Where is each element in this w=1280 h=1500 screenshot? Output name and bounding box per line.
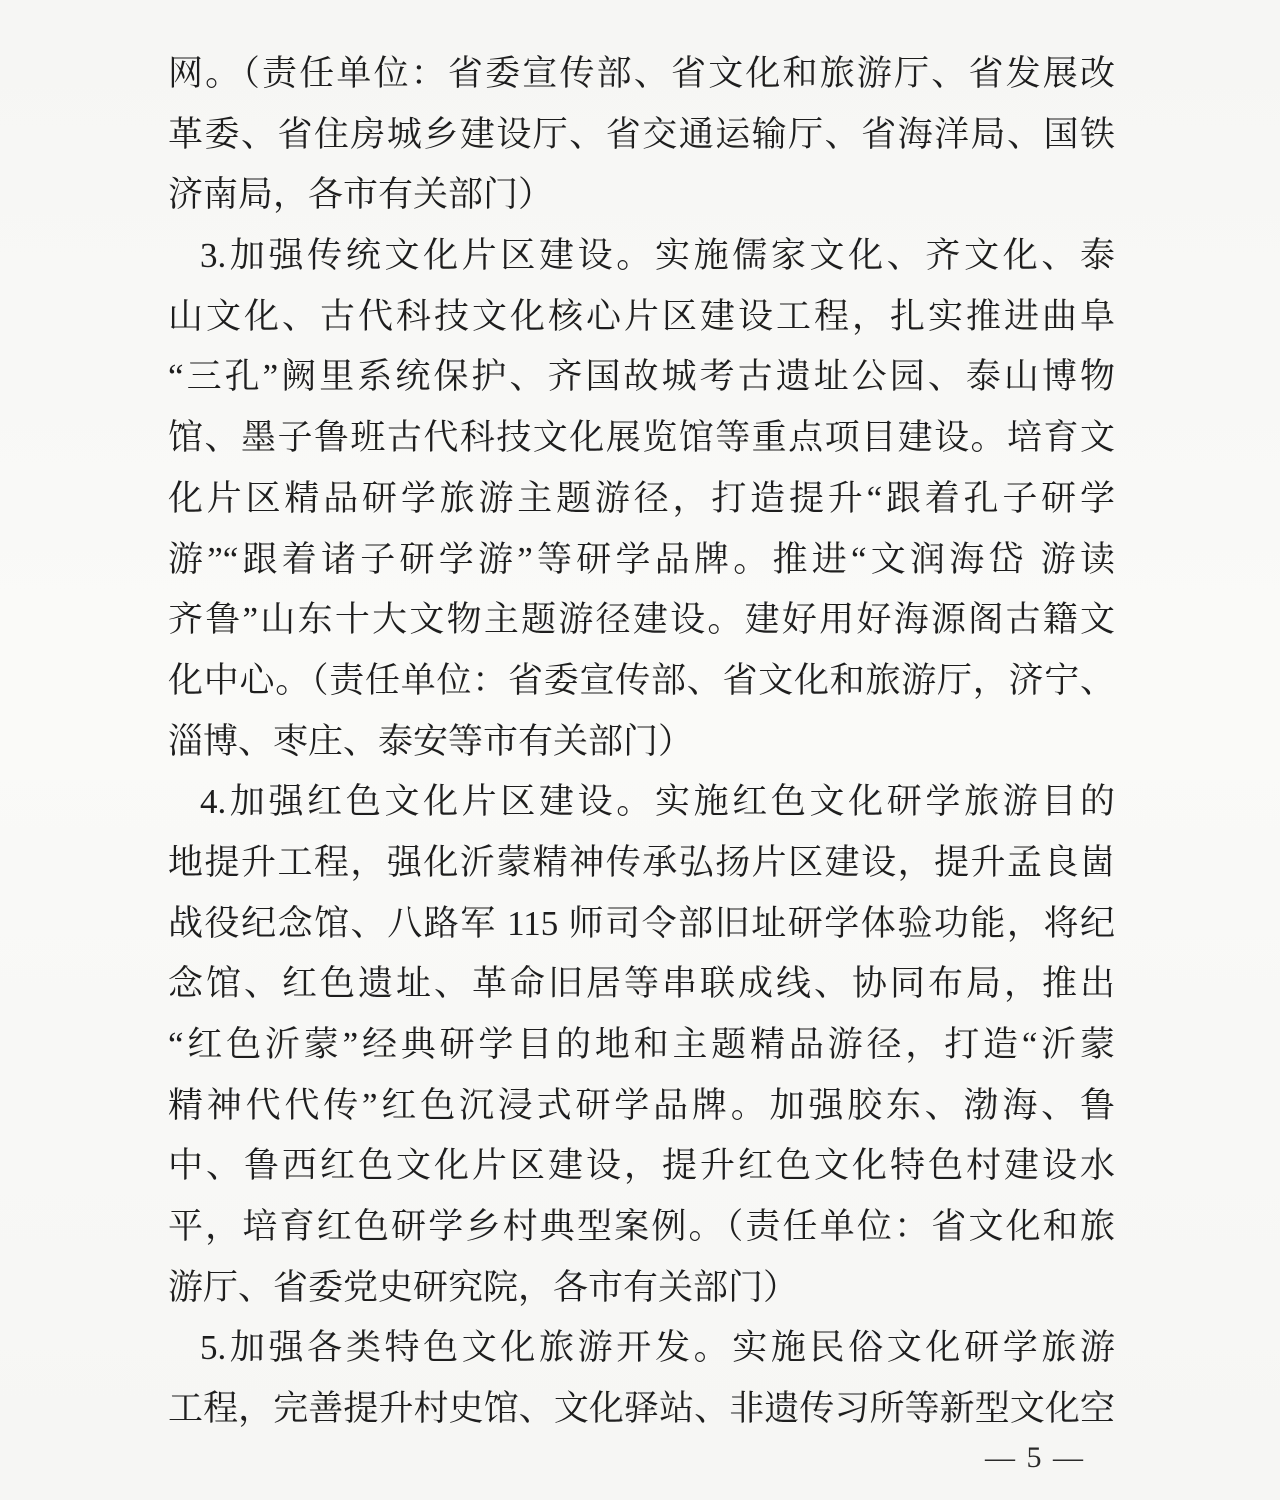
text-line: 济南局，各市有关部门） xyxy=(168,165,1115,226)
text-line: 精神代代传”红色沉浸式研学品牌。加强胶东、渤海、鲁 xyxy=(168,1076,1115,1137)
document-body: 网。（责任单位：省委宣传部、省文化和旅游厅、省发展改革委、省住房城乡建设厅、省交… xyxy=(168,44,1115,1440)
text-line: 游厅、省委党史研究院，各市有关部门） xyxy=(168,1258,1115,1319)
text-line: 战役纪念馆、八路军 115 师司令部旧址研学体验功能，将纪 xyxy=(168,894,1115,955)
text-line: 化中心。（责任单位：省委宣传部、省文化和旅游厅，济宁、 xyxy=(168,651,1115,712)
page-number: — 5 — xyxy=(985,1441,1185,1475)
text-line: “三孔”阙里系统保护、齐国故城考古遗址公园、泰山博物 xyxy=(168,347,1115,408)
text-line: 4.加强红色文化片区建设。实施红色文化研学旅游目的 xyxy=(168,772,1115,833)
text-line: 革委、省住房城乡建设厅、省交通运输厅、省海洋局、国铁 xyxy=(168,105,1115,166)
text-line: 化片区精品研学旅游主题游径，打造提升“跟着孔子研学 xyxy=(168,469,1115,530)
text-line: 馆、墨子鲁班古代科技文化展览馆等重点项目建设。培育文 xyxy=(168,408,1115,469)
text-line: 山文化、古代科技文化核心片区建设工程，扎实推进曲阜 xyxy=(168,287,1115,348)
text-line: 念馆、红色遗址、革命旧居等串联成线、协同布局，推出 xyxy=(168,954,1115,1015)
text-line: 地提升工程，强化沂蒙精神传承弘扬片区建设，提升孟良崮 xyxy=(168,833,1115,894)
text-line: 平，培育红色研学乡村典型案例。（责任单位：省文化和旅 xyxy=(168,1197,1115,1258)
text-line: 工程，完善提升村史馆、文化驿站、非遗传习所等新型文化空 xyxy=(168,1379,1115,1440)
text-line: “红色沂蒙”经典研学目的地和主题精品游径，打造“沂蒙 xyxy=(168,1015,1115,1076)
text-line: 中、鲁西红色文化片区建设，提升红色文化特色村建设水 xyxy=(168,1136,1115,1197)
text-line: 3.加强传统文化片区建设。实施儒家文化、齐文化、泰 xyxy=(168,226,1115,287)
text-line: 游”“跟着诸子研学游”等研学品牌。推进“文润海岱 游读 xyxy=(168,530,1115,591)
document-page: 网。（责任单位：省委宣传部、省文化和旅游厅、省发展改革委、省住房城乡建设厅、省交… xyxy=(0,0,1280,1500)
text-line: 齐鲁”山东十大文物主题游径建设。建好用好海源阁古籍文 xyxy=(168,590,1115,651)
text-line: 淄博、枣庄、泰安等市有关部门） xyxy=(168,712,1115,773)
text-line: 网。（责任单位：省委宣传部、省文化和旅游厅、省发展改 xyxy=(168,44,1115,105)
text-line: 5.加强各类特色文化旅游开发。实施民俗文化研学旅游 xyxy=(168,1318,1115,1379)
